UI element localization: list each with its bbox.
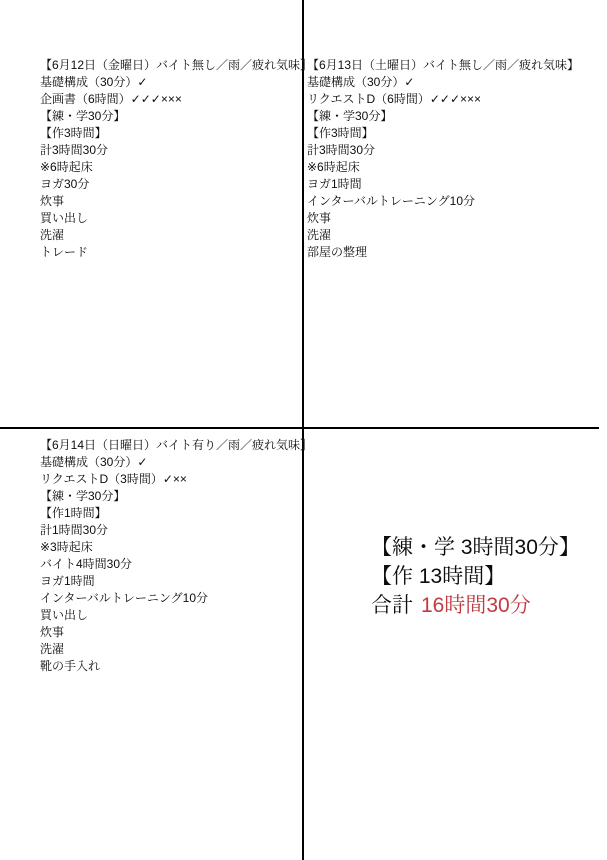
entry-line: インターバルトレーニング10分 — [307, 193, 579, 210]
entry-line: リクエストD（3時間）✓×× — [40, 471, 312, 488]
entry-line: 【練・学30分】 — [307, 108, 579, 125]
grand-total: 合計16時間30分 — [371, 591, 580, 620]
grand-total-label: 合計 — [371, 594, 413, 617]
entry-line: 基礎構成（30分）✓ — [40, 74, 312, 91]
entry-line: 【作3時間】 — [307, 125, 579, 142]
entry-line: 靴の手入れ — [40, 658, 312, 675]
entry-line: ヨガ1時間 — [40, 573, 312, 590]
entry-june-14: 【6月14日（日曜日）バイト有り／雨／疲れ気味】 基礎構成（30分）✓ リクエス… — [40, 437, 312, 675]
entry-line: リクエストD（6時間）✓✓✓××× — [307, 91, 579, 108]
entry-line: 【練・学30分】 — [40, 488, 312, 505]
entry-line: 計3時間30分 — [307, 142, 579, 159]
entry-june-13: 【6月13日（土曜日）バイト無し／雨／疲れ気味】 基礎構成（30分）✓ リクエス… — [307, 57, 579, 261]
entry-date-title: 【6月12日（金曜日）バイト無し／雨／疲れ気味】 — [40, 57, 312, 74]
entry-date-title: 【6月14日（日曜日）バイト有り／雨／疲れ気味】 — [40, 437, 312, 454]
entry-line: 計1時間30分 — [40, 522, 312, 539]
entry-line: インターバルトレーニング10分 — [40, 590, 312, 607]
entry-line: 洗濯 — [40, 641, 312, 658]
entry-line: 洗濯 — [307, 227, 579, 244]
entry-line: バイト4時間30分 — [40, 556, 312, 573]
entry-line: 計3時間30分 — [40, 142, 312, 159]
horizontal-divider-line — [0, 427, 599, 429]
entry-line: 炊事 — [40, 624, 312, 641]
entry-line: 基礎構成（30分）✓ — [307, 74, 579, 91]
entry-date-title: 【6月13日（土曜日）バイト無し／雨／疲れ気味】 — [307, 57, 579, 74]
entry-line: 部屋の整理 — [307, 244, 579, 261]
work-total: 【作 13時間】 — [371, 562, 580, 591]
entry-line: 買い出し — [40, 607, 312, 624]
entry-line: トレード — [40, 244, 312, 261]
entry-line: 【作3時間】 — [40, 125, 312, 142]
entry-line: ※6時起床 — [40, 159, 312, 176]
entry-line: 基礎構成（30分）✓ — [40, 454, 312, 471]
entry-line: 炊事 — [40, 193, 312, 210]
practice-study-total: 【練・学 3時間30分】 — [371, 533, 580, 562]
entry-line: 買い出し — [40, 210, 312, 227]
entry-june-12: 【6月12日（金曜日）バイト無し／雨／疲れ気味】 基礎構成（30分）✓ 企画書（… — [40, 57, 312, 261]
entry-line: 【練・学30分】 — [40, 108, 312, 125]
entry-line: 炊事 — [307, 210, 579, 227]
entry-line: ※6時起床 — [307, 159, 579, 176]
entry-line: ヨガ30分 — [40, 176, 312, 193]
entry-line: ※3時起床 — [40, 539, 312, 556]
totals-summary: 【練・学 3時間30分】 【作 13時間】 合計16時間30分 — [371, 533, 580, 620]
grand-total-value: 16時間30分 — [421, 594, 531, 617]
entry-line: 洗濯 — [40, 227, 312, 244]
entry-line: 企画書（6時間）✓✓✓××× — [40, 91, 312, 108]
entry-line: ヨガ1時間 — [307, 176, 579, 193]
diary-page: 【6月12日（金曜日）バイト無し／雨／疲れ気味】 基礎構成（30分）✓ 企画書（… — [0, 0, 607, 860]
entry-line: 【作1時間】 — [40, 505, 312, 522]
